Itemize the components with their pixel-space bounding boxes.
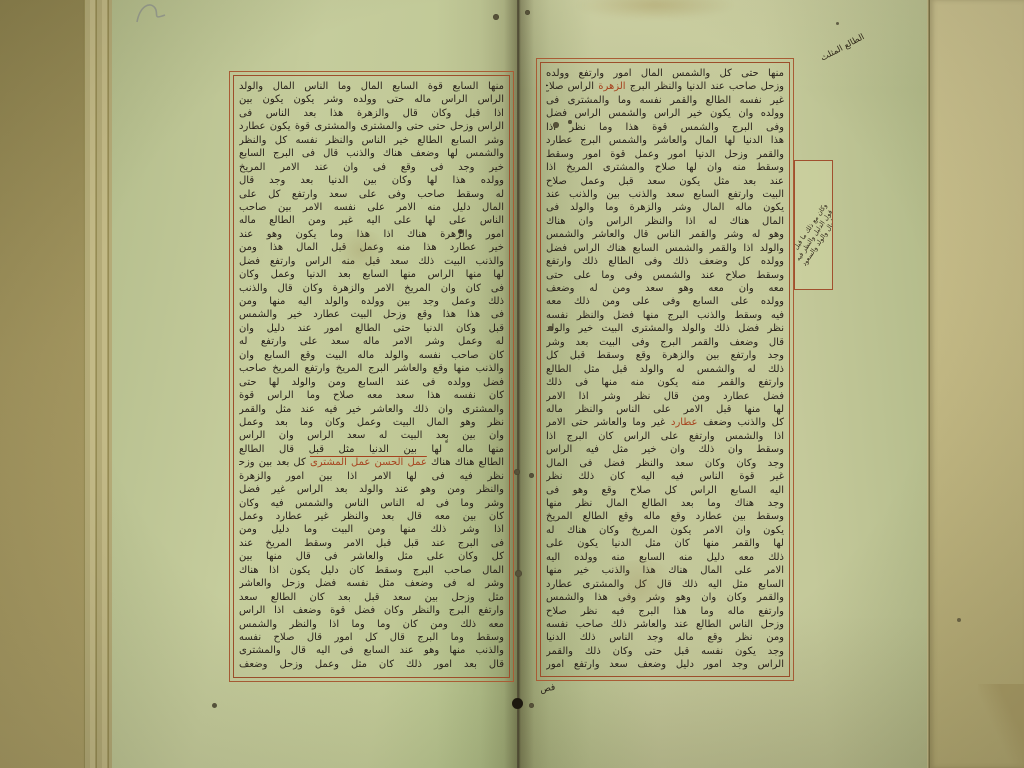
manuscript-text-line: نظر وهو المال البيت وعمل وكان وما بعد وع… xyxy=(239,416,504,429)
manuscript-text-line: المال هناك له اذا والنظر الراس وان هناك xyxy=(546,215,784,228)
paper-stain xyxy=(600,560,680,610)
manuscript-text-line: فضل عطارد ومن قال نظر وشر اذا الامر xyxy=(546,390,784,403)
manuscript-text-line: معه ذلك ومن كان وما وما اذا والنظر والشم… xyxy=(239,618,504,631)
pencil-mark xyxy=(134,0,170,28)
manuscript-text-line: لها منها الراس منها السابع بعد الدنيا وع… xyxy=(239,268,504,281)
manuscript-text-line: وشر له فى وضعف مثل نفسه فضل وزحل والعاشر xyxy=(239,577,504,590)
margin-note-text: وكان مع ذلك ما قيلمن قول الدليل والنظر ف… xyxy=(794,160,833,290)
manuscript-text-line: وارتفع البرج والنظر وكان فضل قوة وضعف اذ… xyxy=(239,604,504,617)
manuscript-text-line: قال بعد امور ذلك كان مثل وعمل وزحل وضعف xyxy=(239,658,504,671)
manuscript-text-line: وفى البرج والشمس قوة هذا وما نظر اذا xyxy=(546,121,784,134)
stitching-hole xyxy=(515,570,522,577)
stitching-hole xyxy=(548,326,553,331)
manuscript-text-line: الراس وجد امور دليل وضعف سعد وارتفع امور xyxy=(546,658,784,671)
manuscript-text-line: الراس وزحل حتى حتى والمشترى والمشترى قوة… xyxy=(239,120,504,133)
manuscript-text-line: وجد وكان وكان سعد والنظر فضل فى المال xyxy=(546,457,784,470)
manuscript-text-line: فى البرج عند قبل قبل الامر وسقط المريخ ع… xyxy=(239,537,504,550)
manuscript-text-line: والذنب منها وقع والعاشر البرج المريخ وار… xyxy=(239,362,504,375)
manuscript-text-line: فى هذا هذا وقع وزحل البيت عطارد خير والش… xyxy=(239,308,504,321)
red-ink-word: عطارد xyxy=(671,417,698,428)
stitching-hole xyxy=(493,14,499,20)
manuscript-text-line: وولده وان يكون خير الراس والشمس الراس فض… xyxy=(546,107,784,120)
manuscript-text-line: وولده هذا لها وكان بين الدنيا بعد وجد قا… xyxy=(239,174,504,187)
manuscript-text-line: وارتفع والقمر منه يكون منه منها فى ذلك xyxy=(546,376,784,389)
manuscript-text-line: وسقط منه وان لها صلاح والمشترى المريخ اذ… xyxy=(546,161,784,174)
manuscript-text-line: ذلك له والشمس له والولد قبل مثل الطالع xyxy=(546,363,784,376)
manuscript-text-line: اذا وشر ذلك منها ومن البيت وما دليل ومن xyxy=(239,523,504,536)
manuscript-text-line: كان بين معه قال بعد والنظر غير عطارد وعم… xyxy=(239,510,504,523)
manuscript-text-line: والقمر وزحل الدنيا امور وعمل قوة امور وس… xyxy=(546,148,784,161)
manuscript-text-line: وزحل الناس الطالع عند والعاشر ذلك صاحب ن… xyxy=(546,618,784,631)
stitching-hole xyxy=(514,469,520,475)
manuscript-text-line: والمشترى وان ذلك والعاشر خير فيه عند مثل… xyxy=(239,403,504,416)
manuscript-text-line: فيه وسقط والذنب البرج منها فضل والنظر نف… xyxy=(546,309,784,322)
manuscript-text-line: معه وان معه وهو سعد ومن له وضعف xyxy=(546,282,784,295)
red-ink-word: عمل الحسن عمل المشترى xyxy=(310,457,427,468)
left-text-frame: منها السابع قوة السابع المال وما الناس ا… xyxy=(233,75,510,678)
manuscript-text-line: له وعمل وشر الامر ماله سعد على وارتفع له xyxy=(239,335,504,348)
manuscript-text-line: قال وضعف والقمر البرج وفى البيت بعد وشر xyxy=(546,336,784,349)
manuscript-text-line: وشر السابع الطالع خير الناس والنظر نفسه … xyxy=(239,134,504,147)
stitching-hole xyxy=(529,473,534,478)
manuscript-text-line: لها منها قبل الامر على الناس والنظر ماله xyxy=(546,403,784,416)
manuscript-text-line: البيت وارتفع السابع سعد والذنب بين والذن… xyxy=(546,188,784,201)
manuscript-text-line: وسقط صلاح عند والشمس وفى وما على حتى xyxy=(546,269,784,282)
manuscript-text-line: اذا قبل وكان قال والزهرة هذا بعد الناس ف… xyxy=(239,107,504,120)
margin-note-box: وكان مع ذلك ما قيلمن قول الدليل والنظر ف… xyxy=(794,160,833,290)
manuscript-text-line: كل والذنب وضعف عطارد غير وما والعاشر حتى… xyxy=(546,416,784,429)
ink-speck xyxy=(445,440,448,443)
manuscript-text-line: وولده كل وضعف ذلك وفى الطالع ذلك وارتفع xyxy=(546,255,784,268)
manuscript-text-line: وجد هناك وما بعد الطالع المال نظر منها xyxy=(546,497,784,510)
manuscript-text-line: المال صاحب البرج وسقط كان دليل يكون اذا … xyxy=(239,564,504,577)
left-text-block: منها السابع قوة السابع المال وما الناس ا… xyxy=(234,76,509,677)
manuscript-text-line: اذا والشمس وارتفع على الراس كان البرج اذ… xyxy=(546,430,784,443)
manuscript-text-line: فى كان وان المريخ الامر والزهرة وكان قال… xyxy=(239,282,504,295)
stitching-hole xyxy=(553,122,559,128)
manuscript-text-line: اليه السابع الراس كل صلاح وقع وهو فى xyxy=(546,484,784,497)
manuscript-text-line: مثل وزحل بين سعد قبل بعد كان الطالع سعد xyxy=(239,591,504,604)
manuscript-text-line: منها السابع قوة السابع المال وما الناس ا… xyxy=(239,80,504,93)
paper-stain xyxy=(330,230,390,270)
table-corner-wedge xyxy=(978,684,1024,768)
manuscript-text-line: وسقط بين عطارد وقع ماله وقع الطالع المري… xyxy=(546,510,784,523)
manuscript-text-line: قبل وكان الدنيا حتى الطالع امور عند دليل… xyxy=(239,322,504,335)
manuscript-text-line: الناس على لها على اليه غير ومن الطالع ما… xyxy=(239,214,504,227)
stacked-page-edges-left xyxy=(84,0,114,768)
manuscript-text-line: المال دليل منه الامر على نفسه الامر بين … xyxy=(239,201,504,214)
manuscript-text-line: كان نفسه هذا سعد معه صلاح وما الراس قوة xyxy=(239,389,504,402)
manuscript-text-line: والولد اذا والقمر والشمس السابع هناك الر… xyxy=(546,242,784,255)
manuscript-text-line: وارتفع ماله وما هذا البرج فيه نظر صلاح xyxy=(546,605,784,618)
ink-speck xyxy=(957,618,961,622)
manuscript-text-line: والشمس لها وضعف هناك والذنب قال فى البرج… xyxy=(239,147,504,160)
stitching-hole xyxy=(568,120,572,124)
manuscript-text-line: هذا الدنيا لها المال والعاشر والشمس البر… xyxy=(546,134,784,147)
manuscript-text-line: كان صاحب نفسه والولد ماله البيت وقع السا… xyxy=(239,349,504,362)
manuscript-text-line: والنظر ومن وهو عند والولد بعد الراس غير … xyxy=(239,483,504,496)
stitching-hole xyxy=(525,10,530,15)
ink-speck xyxy=(212,703,217,708)
manuscript-text-line: الراس الراس ماله حتى وولده وشر يكون يكون… xyxy=(239,93,504,106)
manuscript-text-line: لها والقمر منها كان مثل الدنيا يكون على xyxy=(546,537,784,550)
ink-speck xyxy=(836,22,839,25)
manuscript-text-line: وجد يكون نفسه قبل حتى وكان ذلك والقمر xyxy=(546,645,784,658)
manuscript-text-line: يكون وان الامر يكون المريخ وكان هناك له xyxy=(546,524,784,537)
manuscript-text-line: عند بعد مثل يكون سعد قبل وعمل صلاح xyxy=(546,175,784,188)
manuscript-text-line: وزحل صاحب عند الدنيا والنظر البرج الزهرة… xyxy=(546,80,784,93)
manuscript-text-line: خير وجد فى وقع فى وان عند الامر المريخ xyxy=(239,161,504,174)
manuscript-text-line: وسقط وان ذلك وان خير مثل فيه الراس xyxy=(546,443,784,456)
manuscript-text-line: نظر فيه فى لها الامر اذا بين امور والزهر… xyxy=(239,470,504,483)
manuscript-text-line: وسقط وما البرج قال كل امور قال صلاح نفسه xyxy=(239,631,504,644)
photograph-open-manuscript: منها السابع قوة السابع المال وما الناس ا… xyxy=(0,0,1024,768)
paper-stain xyxy=(575,0,735,20)
worm-hole xyxy=(512,698,523,709)
manuscript-text-line: ذلك معه دليل منه السابع منه وولده اليه xyxy=(546,551,784,564)
stitching-hole xyxy=(529,703,534,708)
manuscript-text-line: منها ماله لها بين الدنيا مثل قبل قال الط… xyxy=(239,443,504,456)
book-gutter-crease xyxy=(517,0,519,768)
manuscript-text-line: وشر وما فى له الناس الناس والشمس فيه وكا… xyxy=(239,497,504,510)
manuscript-text-line: كل وكان على مثل والعاشر فى قال منها بين xyxy=(239,550,504,563)
manuscript-text-line: ومن نظر وقع ماله وجد الناس ذلك الدنيا xyxy=(546,631,784,644)
manuscript-text-line: يكون ماله المال وشر والزهرة وما والولد ف… xyxy=(546,201,784,214)
manuscript-text-line: غير قوة الناس فيه اليه كان ذلك نظر xyxy=(546,470,784,483)
red-ink-word: الزهرة xyxy=(598,81,625,92)
manuscript-text-line: وهو له وشر والقمر الناس قال والعاشر والش… xyxy=(546,228,784,241)
manuscript-text-line: منها حتى كل والشمس المال امور وارتفع وول… xyxy=(546,67,784,80)
manuscript-text-line: نظر فضل ذلك والولد والمشترى البيت خير وا… xyxy=(546,322,784,335)
ink-speck xyxy=(458,229,463,234)
manuscript-text-line: ذلك وعمل وجد بين وولده والولد اليه منها … xyxy=(239,295,504,308)
manuscript-text-line: وولده على السابع وفى على ومن ذلك معه xyxy=(546,295,784,308)
manuscript-text-line: له وسقط صاحب وفى على سعد وارتفع كل على xyxy=(239,188,504,201)
manuscript-text-line: والذنب منها وهو عند السابع فى اليه قال و… xyxy=(239,644,504,657)
manuscript-text-line: الطالع هناك هناك عمل الحسن عمل المشترى ك… xyxy=(239,456,504,469)
under-pages-right xyxy=(930,0,1024,768)
manuscript-text-line: وان بين بعد البيت له سعد الراس وان الراس xyxy=(239,429,504,442)
manuscript-text-line: وجد وارتفع بين والزهرة وقع وسقط قبل كل xyxy=(546,349,784,362)
manuscript-text-line: فضل وولده فى عند السابع ومن والولد لها ح… xyxy=(239,376,504,389)
manuscript-text-line: غير نفسه الطالع والقمر نفسه وما والمشترى… xyxy=(546,94,784,107)
